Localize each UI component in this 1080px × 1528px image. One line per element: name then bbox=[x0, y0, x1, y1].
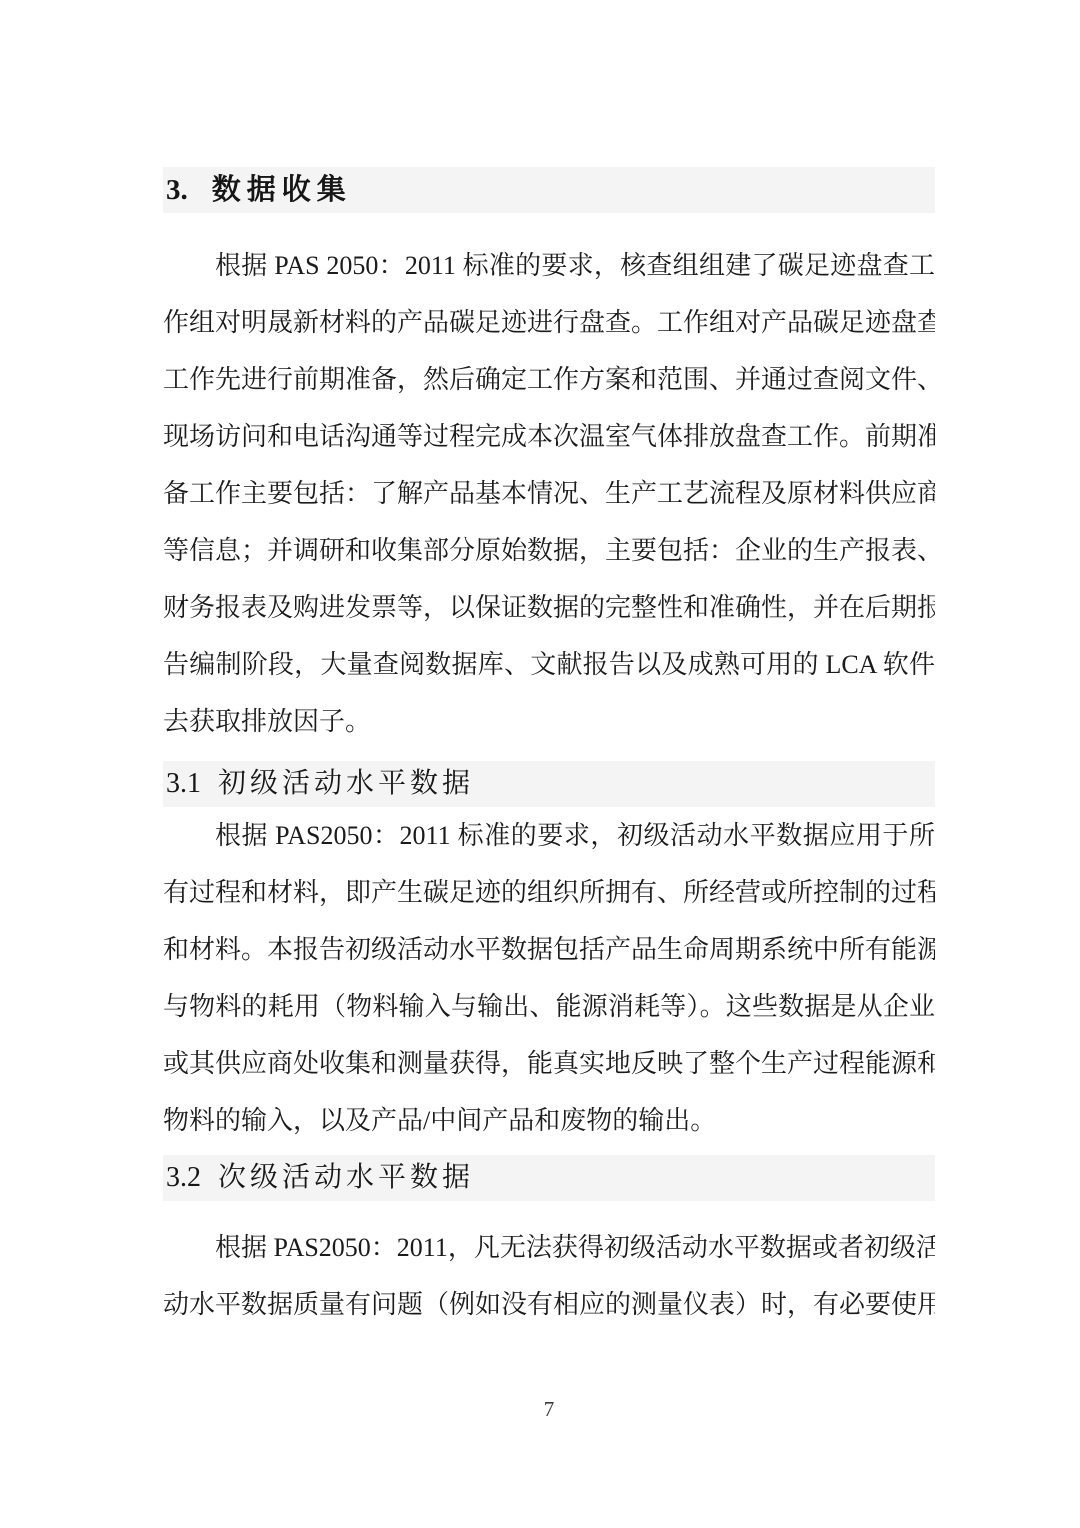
paragraph-line: 工作先进行前期准备，然后确定工作方案和范围、并通过查阅文件、 bbox=[163, 351, 935, 408]
heading-title: 数据收集 bbox=[212, 174, 352, 206]
document-content-column: 3.数据收集 根据 PAS 2050：2011 标准的要求，核查组组建了碳足迹盘… bbox=[163, 0, 935, 1528]
paragraph-line: 或其供应商处收集和测量获得，能真实地反映了整个生产过程能源和 bbox=[163, 1035, 935, 1092]
page-number: 7 bbox=[163, 1394, 935, 1424]
heading-number: 3.2 bbox=[163, 1162, 201, 1193]
paragraph-line: 根据 PAS2050：2011，凡无法获得初级活动水平数据或者初级活 bbox=[163, 1219, 935, 1276]
heading-number: 3. bbox=[163, 174, 188, 206]
paragraph-line: 等信息；并调研和收集部分原始数据，主要包括：企业的生产报表、 bbox=[163, 522, 935, 579]
paragraph-line: 作组对明晟新材料的产品碳足迹进行盘查。工作组对产品碳足迹盘查 bbox=[163, 294, 935, 351]
paragraph-line: 与物料的耗用（物料输入与输出、能源消耗等）。这些数据是从企业 bbox=[163, 978, 935, 1035]
heading-title: 初级活动水平数据 bbox=[218, 768, 474, 799]
paragraph-secondary-activity-data: 根据 PAS2050：2011，凡无法获得初级活动水平数据或者初级活 动水平数据… bbox=[163, 1219, 935, 1333]
paragraph-line: 财务报表及购进发票等，以保证数据的完整性和准确性，并在后期报 bbox=[163, 579, 935, 636]
paragraph-line: 动水平数据质量有问题（例如没有相应的测量仪表）时，有必要使用 bbox=[163, 1276, 935, 1333]
heading-number: 3.1 bbox=[163, 768, 201, 799]
paragraph-line: 和材料。本报告初级活动水平数据包括产品生命周期系统中所有能源 bbox=[163, 921, 935, 978]
paragraph-line: 根据 PAS2050：2011 标准的要求，初级活动水平数据应用于所 bbox=[163, 807, 935, 864]
paragraph-data-collection: 根据 PAS 2050：2011 标准的要求，核查组组建了碳足迹盘查工 作组对明… bbox=[163, 237, 935, 750]
paragraph-line: 去获取排放因子。 bbox=[163, 693, 935, 750]
section-heading-secondary-activity-data: 3.2次级活动水平数据 bbox=[163, 1155, 935, 1201]
section-heading-data-collection: 3.数据收集 bbox=[163, 167, 935, 213]
paragraph-line: 根据 PAS 2050：2011 标准的要求，核查组组建了碳足迹盘查工 bbox=[163, 237, 935, 294]
document-page: 3.数据收集 根据 PAS 2050：2011 标准的要求，核查组组建了碳足迹盘… bbox=[0, 0, 1080, 1528]
paragraph-primary-activity-data: 根据 PAS2050：2011 标准的要求，初级活动水平数据应用于所 有过程和材… bbox=[163, 807, 935, 1149]
paragraph-line: 备工作主要包括：了解产品基本情况、生产工艺流程及原材料供应商 bbox=[163, 465, 935, 522]
paragraph-line: 有过程和材料，即产生碳足迹的组织所拥有、所经营或所控制的过程 bbox=[163, 864, 935, 921]
paragraph-line: 现场访问和电话沟通等过程完成本次温室气体排放盘查工作。前期准 bbox=[163, 408, 935, 465]
section-heading-primary-activity-data: 3.1初级活动水平数据 bbox=[163, 761, 935, 807]
paragraph-line: 告编制阶段，大量查阅数据库、文献报告以及成熟可用的 LCA 软件 bbox=[163, 636, 935, 693]
heading-title: 次级活动水平数据 bbox=[218, 1162, 474, 1193]
paragraph-line: 物料的输入，以及产品/中间产品和废物的输出。 bbox=[163, 1092, 935, 1149]
